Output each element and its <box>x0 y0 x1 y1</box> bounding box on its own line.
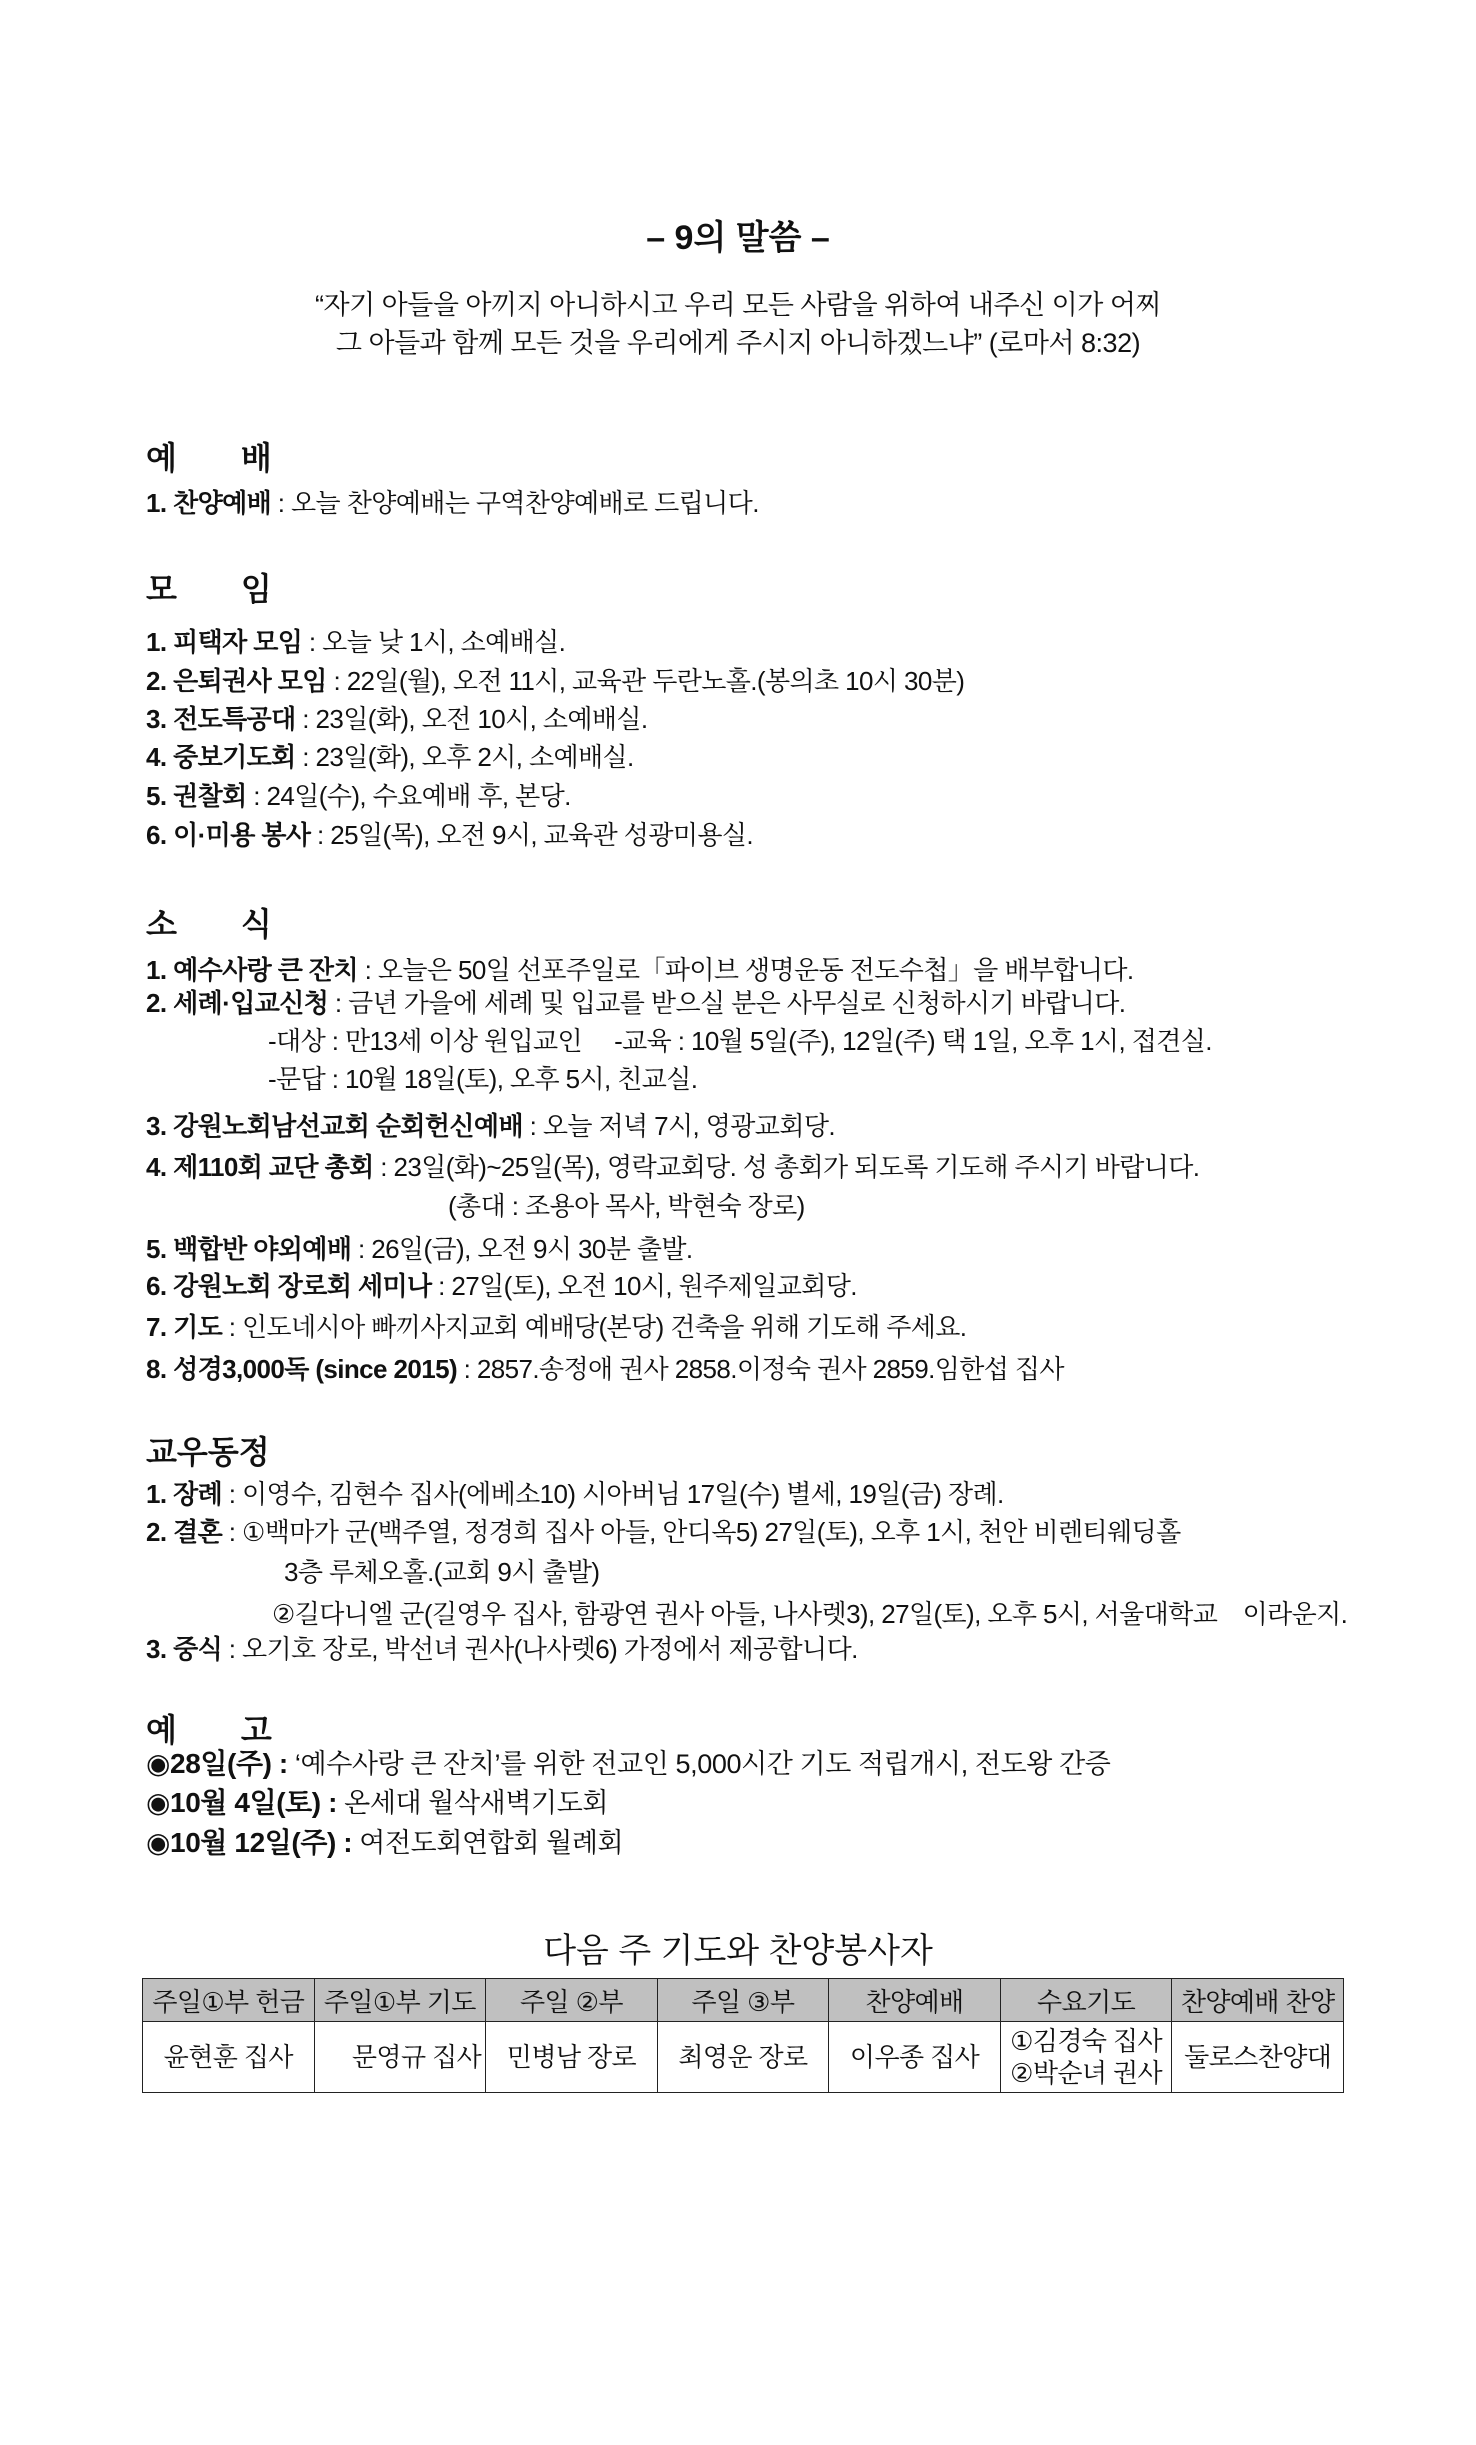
news-subitem: (총대 : 조용아 목사, 박현숙 장로) <box>448 1193 805 1219</box>
news-item: 1. 예수사랑 큰 잔치 : 오늘은 50일 선포주일로「파이브 생명운동 전도… <box>146 957 1134 983</box>
cell-line: ①김경숙 집사 <box>1001 2025 1172 2057</box>
table-cell: 둘로스찬양대 <box>1172 2022 1344 2093</box>
table-cell: 민병남 장로 <box>486 2022 658 2093</box>
item-label: 2. 세례·입교신청 <box>146 988 328 1018</box>
meeting-item: 3. 전도특공대 : 23일(화), 오전 10시, 소예배실. <box>146 706 648 732</box>
item-label: 2. 은퇴권사 모임 <box>146 666 327 696</box>
item-text: 여전도회연합회 월례회 <box>352 1828 623 1858</box>
table-header: 주일 ③부 <box>657 1979 829 2022</box>
table-header: 찬양예배 <box>829 1979 1001 2022</box>
item-label: 5. 백합반 야외예배 <box>146 1234 351 1264</box>
item-label: 3. 강원노회남선교회 순회헌신예배 <box>146 1111 523 1141</box>
item-label: 3. 전도특공대 <box>146 704 296 734</box>
item-text: : 25일(목), 오전 9시, 교육관 성광미용실. <box>310 820 753 850</box>
item-text: : 27일(토), 오전 10시, 원주제일교회당. <box>432 1271 857 1301</box>
item-label: 7. 기도 <box>146 1312 222 1342</box>
item-text: : 오기호 장로, 박선녀 권사(나사렛6) 가정에서 제공합니다. <box>222 1634 858 1664</box>
section-heading-news: 소 식 <box>146 908 272 940</box>
section-heading-worship: 예 배 <box>146 442 272 474</box>
table-cell: 윤현훈 집사 <box>143 2022 315 2093</box>
verse-line-2: 그 아들과 함께 모든 것을 우리에게 주시지 아니하겠느냐” (로마서 8:3… <box>0 330 1476 357</box>
member-item: 2. 결혼 : ①백마가 군(백주열, 정경희 집사 아들, 안디옥5) 27일… <box>146 1519 1181 1545</box>
item-label: 1. 찬양예배 <box>146 488 271 518</box>
news-subitem: -문답 : 10월 18일(토), 오후 5시, 친교실. <box>268 1066 697 1092</box>
news-item: 8. 성경3,000독 (since 2015) : 2857.송정애 권사 2… <box>146 1356 1064 1382</box>
item-label: 3. 중식 <box>146 1634 222 1664</box>
item-text: : 23일(화)~25일(목), 영락교회당. 성 총회가 되도록 기도해 주시… <box>374 1152 1200 1182</box>
item-text: : 금년 가을에 세례 및 입교를 받으실 분은 사무실로 신청하시기 바랍니다… <box>328 988 1125 1018</box>
section-heading-members: 교우동정 <box>146 1436 270 1468</box>
roster-title: 다음 주 기도와 찬양봉사자 <box>0 1934 1476 1968</box>
meeting-item: 2. 은퇴권사 모임 : 22일(월), 오전 11시, 교육관 두란노홀.(봉… <box>146 668 964 694</box>
upcoming-item: ◉10월 4일(토) : 온세대 월삭새벽기도회 <box>146 1789 608 1817</box>
item-text: ‘예수사랑 큰 잔치’를 위한 전교인 5,000시간 기도 적립개시, 전도왕… <box>288 1749 1111 1779</box>
news-item: 7. 기도 : 인도네시아 빠끼사지교회 예배당(본당) 건축을 위해 기도해 … <box>146 1314 966 1340</box>
item-label: 2. 결혼 <box>146 1517 222 1547</box>
item-text: : 오늘 찬양예배는 구역찬양예배로 드립니다. <box>271 488 759 518</box>
item-text: : 오늘 낮 1시, 소예배실. <box>302 627 565 657</box>
item-label: 4. 제110회 교단 총회 <box>146 1152 374 1182</box>
meeting-item: 4. 중보기도회 : 23일(화), 오후 2시, 소예배실. <box>146 744 634 770</box>
item-text: : ①백마가 군(백주열, 정경희 집사 아들, 안디옥5) 27일(토), 오… <box>222 1517 1180 1547</box>
item-text: : 24일(수), 수요예배 후, 본당. <box>247 781 571 811</box>
item-text: 온세대 월삭새벽기도회 <box>337 1788 608 1818</box>
section-heading-upcoming: 예 고 <box>146 1714 272 1746</box>
table-header: 찬양예배 찬양 <box>1172 1979 1344 2022</box>
item-label: ◉28일(주) : <box>146 1748 288 1779</box>
item-label: 6. 강원노회 장로회 세미나 <box>146 1271 432 1301</box>
table-cell: ①김경숙 집사 ②박순녀 권사 <box>1000 2022 1172 2093</box>
item-label: 4. 중보기도회 <box>146 742 296 772</box>
roster-table: 주일①부 헌금 주일①부 기도 주일 ②부 주일 ③부 찬양예배 수요기도 찬양… <box>142 1978 1344 2093</box>
table-cell: 이우종 집사 <box>829 2022 1001 2093</box>
verse-line-1: “자기 아들을 아끼지 아니하시고 우리 모든 사람을 위하여 내주신 이가 어… <box>0 292 1476 319</box>
item-text: : 23일(화), 오전 10시, 소예배실. <box>296 704 648 734</box>
table-cell: 최영운 장로 <box>657 2022 829 2093</box>
news-subitem: -대상 : 만13세 이상 원입교인 -교육 : 10월 5일(주), 12일(… <box>268 1028 1212 1054</box>
meeting-item: 1. 피택자 모임 : 오늘 낮 1시, 소예배실. <box>146 629 565 655</box>
item-text: : 22일(월), 오전 11시, 교육관 두란노홀.(봉의초 10시 30분) <box>327 666 964 696</box>
item-label: 6. 이·미용 봉사 <box>146 820 310 850</box>
item-text: : 23일(화), 오후 2시, 소예배실. <box>296 742 634 772</box>
worship-item: 1. 찬양예배 : 오늘 찬양예배는 구역찬양예배로 드립니다. <box>146 490 759 516</box>
table-header: 주일①부 기도 <box>314 1979 486 2022</box>
table-header: 주일①부 헌금 <box>143 1979 315 2022</box>
news-item: 5. 백합반 야외예배 : 26일(금), 오전 9시 30분 출발. <box>146 1236 693 1262</box>
item-label: ◉10월 12일(주) : <box>146 1827 352 1858</box>
member-subitem: 3층 루체오홀.(교회 9시 출발) <box>284 1559 600 1585</box>
item-text: : 오늘은 50일 선포주일로「파이브 생명운동 전도수첩」을 배부합니다. <box>358 955 1134 985</box>
item-label: 1. 예수사랑 큰 잔치 <box>146 955 358 985</box>
cell-line: ②박순녀 권사 <box>1001 2057 1172 2089</box>
table-header: 주일 ②부 <box>486 1979 658 2022</box>
item-label: ◉10월 4일(토) : <box>146 1787 337 1818</box>
item-label: 8. 성경3,000독 (since 2015) <box>146 1354 457 1384</box>
page-title: – 9의 말씀 – <box>0 221 1476 255</box>
upcoming-item: ◉10월 12일(주) : 여전도회연합회 월례회 <box>146 1829 623 1857</box>
section-heading-meetings: 모 임 <box>146 573 272 605</box>
item-label: 1. 장례 <box>146 1479 222 1509</box>
item-text: : 이영수, 김현수 집사(에베소10) 시아버님 17일(수) 별세, 19일… <box>222 1479 1004 1509</box>
member-subitem: ②길다니엘 군(길영우 집사, 함광연 권사 아들, 나사렛3), 27일(토)… <box>272 1601 1347 1627</box>
meeting-item: 6. 이·미용 봉사 : 25일(목), 오전 9시, 교육관 성광미용실. <box>146 822 753 848</box>
table-cell: 문영규 집사 <box>314 2022 486 2093</box>
item-label: 1. 피택자 모임 <box>146 627 302 657</box>
item-text: : 2857.송정애 권사 2858.이정숙 권사 2859.임한섭 집사 <box>457 1354 1064 1384</box>
table-row: 윤현훈 집사 문영규 집사 민병남 장로 최영운 장로 이우종 집사 ①김경숙 … <box>143 2022 1344 2093</box>
item-text: : 26일(금), 오전 9시 30분 출발. <box>351 1234 692 1264</box>
member-item: 3. 중식 : 오기호 장로, 박선녀 권사(나사렛6) 가정에서 제공합니다. <box>146 1636 858 1662</box>
item-label: 5. 권찰회 <box>146 781 247 811</box>
item-text: : 인도네시아 빠끼사지교회 예배당(본당) 건축을 위해 기도해 주세요. <box>222 1312 966 1342</box>
news-item: 3. 강원노회남선교회 순회헌신예배 : 오늘 저녁 7시, 영광교회당. <box>146 1113 835 1139</box>
news-item: 2. 세례·입교신청 : 금년 가을에 세례 및 입교를 받으실 분은 사무실로… <box>146 990 1125 1016</box>
news-item: 6. 강원노회 장로회 세미나 : 27일(토), 오전 10시, 원주제일교회… <box>146 1273 857 1299</box>
news-item: 4. 제110회 교단 총회 : 23일(화)~25일(목), 영락교회당. 성… <box>146 1154 1199 1180</box>
meeting-item: 5. 권찰회 : 24일(수), 수요예배 후, 본당. <box>146 783 571 809</box>
item-text: : 오늘 저녁 7시, 영광교회당. <box>523 1111 835 1141</box>
upcoming-item: ◉28일(주) : ‘예수사랑 큰 잔치’를 위한 전교인 5,000시간 기도… <box>146 1750 1110 1778</box>
member-item: 1. 장례 : 이영수, 김현수 집사(에베소10) 시아버님 17일(수) 별… <box>146 1481 1004 1507</box>
table-header-row: 주일①부 헌금 주일①부 기도 주일 ②부 주일 ③부 찬양예배 수요기도 찬양… <box>143 1979 1344 2022</box>
table-header: 수요기도 <box>1000 1979 1172 2022</box>
